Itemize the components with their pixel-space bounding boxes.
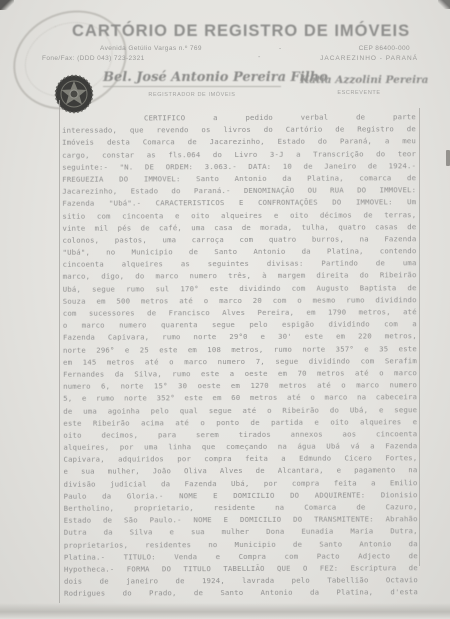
registrar-title: REGISTRADOR DE IMÓVEIS [103,92,281,98]
typewritten-line: e sua mulher, João Oliva Alves de Alcant… [63,465,417,479]
letterhead-cep: CEP 86400-000 [359,45,410,52]
typewritten-line: de uma agoinha pelo qual segue até o Rib… [63,404,417,418]
scan-artifact-top-right [438,0,450,9]
typewritten-line: Imóveis desta Comarca de Jacarezinho, Es… [62,136,416,150]
typewritten-line: sitio com cincoenta e oito alqueires e o… [62,209,416,223]
scan-artifact-right-edge [446,150,450,166]
right-margin-rule [419,108,420,566]
letterhead-title: CARTÓRIO DE REGISTRO DE IMÓVEIS [72,22,422,41]
registrar-signature-name: Bel. José Antonio Pereira Filho [103,70,281,87]
left-margin-rule [59,100,60,603]
scan-artifact-bottom-edge [0,603,450,619]
scanned-document-page: CARTÓRIO DE REGISTRO DE IMÓVEIS Avenida … [0,0,450,619]
letterhead-city-state: JACAREZINHO - PARANÁ [320,55,418,62]
rosette-coat-of-arms-seal-icon [54,74,94,114]
typewritten-line: Fazenda "Ubá".- CARACTERISTICOS E CONFRO… [62,197,416,211]
typewritten-line: Dutra da Silva e sua mulher Dona Eunadia… [64,526,418,540]
letterhead-phone: Fone/Fax: (DDD 043) 723-2321 [42,55,145,62]
letterhead-address-row: Avenida Getúlio Vargas n.º 769 - CEP 864… [100,45,410,52]
letterhead-address: Avenida Getúlio Vargas n.º 769 [100,45,202,52]
certificate-body-text: CERTIFICO a pedido verbal de parteintere… [62,111,418,600]
clerk-signature-name: Kátia Azzolini Pereira [300,74,418,86]
letterhead-mid-dash: - [258,54,260,61]
typewritten-line: marco, digo, do marco numero três, à mar… [63,270,417,284]
clerk-title: ESCREVENTE [300,90,418,96]
typewritten-line: 5, e rumo norte 352° este em 60 metros a… [63,392,417,406]
letterhead-address-separator: - [279,45,282,52]
scan-artifact-top-left [0,0,14,10]
typewritten-line: Fazenda Capivara, rumo norte 29°0 e 30' … [63,331,417,345]
typewritten-line: Rodrigues do Prado, de Santo Antonio da … [64,587,418,601]
